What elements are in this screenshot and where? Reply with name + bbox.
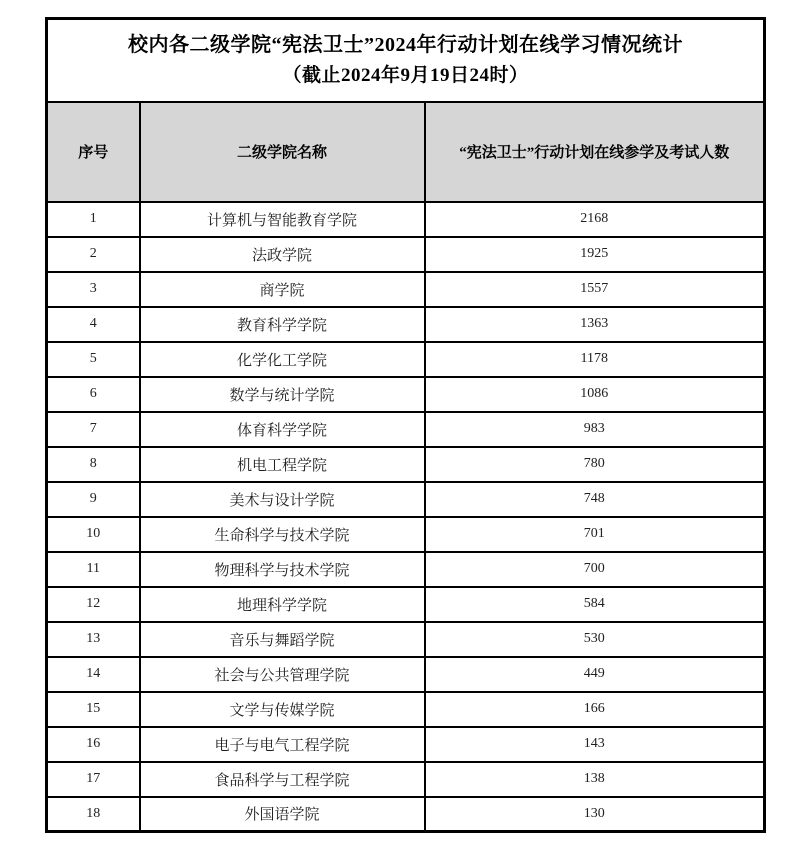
table-row: 17 食品科学与工程学院 138 [47,762,765,797]
cell-serial-number: 10 [47,517,140,552]
cell-serial-number: 8 [47,447,140,482]
table-row: 4 教育科学学院 1363 [47,307,765,342]
document-page: 校内各二级学院“宪法卫士”2024年行动计划在线学习情况统计 （截止2024年9… [0,0,806,856]
cell-participant-count: 449 [425,657,765,692]
cell-serial-number: 9 [47,482,140,517]
cell-participant-count: 983 [425,412,765,447]
cell-serial-number: 12 [47,587,140,622]
document-title-line2: （截止2024年9月19日24时） [48,61,763,90]
table-row: 16 电子与电气工程学院 143 [47,727,765,762]
cell-participant-count: 748 [425,482,765,517]
table-row: 18 外国语学院 130 [47,797,765,832]
table-row: 3 商学院 1557 [47,272,765,307]
table-row: 13 音乐与舞蹈学院 530 [47,622,765,657]
cell-college-name: 音乐与舞蹈学院 [140,622,425,657]
cell-participant-count: 1086 [425,377,765,412]
cell-college-name: 法政学院 [140,237,425,272]
cell-serial-number: 14 [47,657,140,692]
cell-participant-count: 138 [425,762,765,797]
table-row: 10 生命科学与技术学院 701 [47,517,765,552]
cell-serial-number: 1 [47,202,140,237]
cell-college-name: 化学化工学院 [140,342,425,377]
title-row: 校内各二级学院“宪法卫士”2024年行动计划在线学习情况统计 （截止2024年9… [47,19,765,102]
header-participant-count: “宪法卫士”行动计划在线参学及考试人数 [425,102,765,202]
cell-serial-number: 5 [47,342,140,377]
cell-college-name: 教育科学学院 [140,307,425,342]
header-row: 序号 二级学院名称 “宪法卫士”行动计划在线参学及考试人数 [47,102,765,202]
cell-college-name: 体育科学学院 [140,412,425,447]
cell-serial-number: 18 [47,797,140,832]
header-serial-number: 序号 [47,102,140,202]
cell-college-name: 食品科学与工程学院 [140,762,425,797]
cell-participant-count: 700 [425,552,765,587]
table-row: 5 化学化工学院 1178 [47,342,765,377]
cell-college-name: 生命科学与技术学院 [140,517,425,552]
cell-participant-count: 701 [425,517,765,552]
cell-participant-count: 166 [425,692,765,727]
cell-serial-number: 15 [47,692,140,727]
cell-participant-count: 780 [425,447,765,482]
cell-college-name: 机电工程学院 [140,447,425,482]
cell-serial-number: 17 [47,762,140,797]
cell-college-name: 电子与电气工程学院 [140,727,425,762]
table-row: 9 美术与设计学院 748 [47,482,765,517]
table-row: 1 计算机与智能教育学院 2168 [47,202,765,237]
cell-participant-count: 130 [425,797,765,832]
cell-serial-number: 2 [47,237,140,272]
table-row: 15 文学与传媒学院 166 [47,692,765,727]
cell-participant-count: 2168 [425,202,765,237]
table-row: 11 物理科学与技术学院 700 [47,552,765,587]
table-row: 6 数学与统计学院 1086 [47,377,765,412]
table-row: 7 体育科学学院 983 [47,412,765,447]
cell-serial-number: 16 [47,727,140,762]
cell-college-name: 物理科学与技术学院 [140,552,425,587]
cell-serial-number: 13 [47,622,140,657]
cell-college-name: 外国语学院 [140,797,425,832]
table-row: 14 社会与公共管理学院 449 [47,657,765,692]
cell-participant-count: 1363 [425,307,765,342]
table-row: 8 机电工程学院 780 [47,447,765,482]
cell-serial-number: 6 [47,377,140,412]
cell-college-name: 数学与统计学院 [140,377,425,412]
table-row: 12 地理科学学院 584 [47,587,765,622]
cell-college-name: 计算机与智能教育学院 [140,202,425,237]
cell-participant-count: 143 [425,727,765,762]
cell-college-name: 文学与传媒学院 [140,692,425,727]
cell-participant-count: 1178 [425,342,765,377]
cell-college-name: 社会与公共管理学院 [140,657,425,692]
table-body: 校内各二级学院“宪法卫士”2024年行动计划在线学习情况统计 （截止2024年9… [47,19,765,832]
cell-college-name: 商学院 [140,272,425,307]
cell-college-name: 美术与设计学院 [140,482,425,517]
cell-participant-count: 584 [425,587,765,622]
cell-serial-number: 11 [47,552,140,587]
header-college-name: 二级学院名称 [140,102,425,202]
statistics-table: 校内各二级学院“宪法卫士”2024年行动计划在线学习情况统计 （截止2024年9… [45,17,766,833]
cell-serial-number: 3 [47,272,140,307]
cell-participant-count: 1925 [425,237,765,272]
cell-serial-number: 4 [47,307,140,342]
table-row: 2 法政学院 1925 [47,237,765,272]
cell-participant-count: 1557 [425,272,765,307]
document-title-line1: 校内各二级学院“宪法卫士”2024年行动计划在线学习情况统计 [48,30,763,61]
document-title: 校内各二级学院“宪法卫士”2024年行动计划在线学习情况统计 （截止2024年9… [47,19,765,102]
cell-participant-count: 530 [425,622,765,657]
cell-college-name: 地理科学学院 [140,587,425,622]
cell-serial-number: 7 [47,412,140,447]
